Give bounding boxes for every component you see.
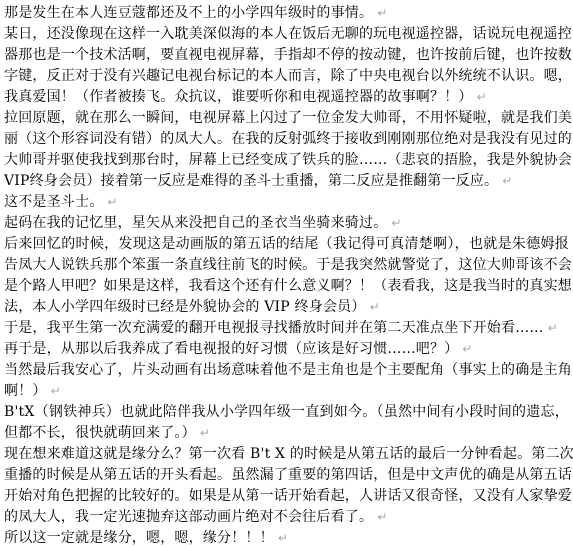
text-line[interactable]: 再于是，从那以后我养成了看电视报的好习惯（应该是好习惯……吧？）↵ xyxy=(4,339,569,360)
cropped-paragraph-mark-icon: ↵ xyxy=(286,0,298,4)
text-line[interactable]: 的凤大人，我一定光速抛弃这部动画片绝对不会往后看了。↵ xyxy=(4,507,569,528)
text-line-content: 的凤大人，我一定光速抛弃这部动画片绝对不会往后看了。 xyxy=(4,509,373,525)
text-line-content: 字键，反正对于没有兴趣记电视台标记的本人而言，除了中央电视台以外统统不认识。嗯， xyxy=(4,68,572,84)
text-line-content: 当然最后我安心了，片头动画有出场意味着他不是主角也是个主要配角（事实上的确是主角 xyxy=(4,362,572,378)
text-line-content: 现在想来难道这就是缘分么？第一次看 B't X 的时候是从第五话的最后一分钟看起… xyxy=(4,446,573,462)
text-line[interactable]: 开始对角色把握的比较好的。如果是从第一话开始看起，人讲话又很奇怪，又没有人家挚爱 xyxy=(4,486,569,507)
text-line[interactable]: 是个路人甲吧？如果是这样，我看这个还有什么意义啊？！（表看我，这是我当时的真实想 xyxy=(4,276,569,297)
text-line-content: 某日，还没像现在这样一入耽美深似海的本人在饭后无聊的玩电视遥控器，话说玩电视遥控 xyxy=(4,26,572,42)
text-line[interactable]: 啊！）↵ xyxy=(4,381,569,402)
text-line[interactable]: 那是发生在本人连豆蔻都还及不上的小学四年级时的事情。↵ xyxy=(4,3,569,24)
text-line-content: 啊！） xyxy=(4,383,47,399)
paragraph-mark-icon: ↵ xyxy=(391,216,401,230)
text-line-content: 那是发生在本人连豆蔻都还及不上的小学四年级时的事情。 xyxy=(4,5,373,21)
text-line[interactable]: 后来回忆的时候，发现这是动画版的第五话的结尾（我记得可真清楚啊），也就是朱德姆报 xyxy=(4,234,569,255)
text-line[interactable]: 拉回原题，就在那么一瞬间，电视屏幕上闪过了一位金发大帅哥，不用怀疑啦，就是我们美 xyxy=(4,108,569,129)
paragraph-mark-icon: ↵ xyxy=(107,195,117,209)
text-line[interactable]: 于是，我平生第一次充满爱的翻开电视报寻找播放时间并在第二天准点坐下开始看……↵ xyxy=(4,318,569,339)
text-line[interactable]: 起码在我的记忆里，星矢从来没把自己的圣衣当坐骑来骑过。↵ xyxy=(4,213,569,234)
document-page: ↵ 那是发生在本人连豆蔻都还及不上的小学四年级时的事情。↵某日，还没像现在这样一… xyxy=(0,0,573,547)
text-line[interactable]: 大帅哥并驱使我找到那台时，屏幕上已经变成了铁兵的脸……（悲哀的捂脸，我是外貌协会 xyxy=(4,150,569,171)
text-line[interactable]: 这不是圣斗士。↵ xyxy=(4,192,569,213)
text-line-content: B'tX（钢铁神兵）也就此陪伴我从小学四年级一直到如今。（虽然中间有小段时间的遗… xyxy=(4,404,569,420)
text-line-content: 我真爱国！（作者被揍飞。众抗议，谁要听你和电视遥控器的故事啊？！） xyxy=(4,89,473,105)
text-line-content: 重播的时候是从第五话的开头看起。虽然漏了重要的第四话，但是中文声优的确是从第五话 xyxy=(4,467,572,483)
paragraph-mark-icon: ↵ xyxy=(51,384,61,398)
text-line[interactable]: 重播的时候是从第五话的开头看起。虽然漏了重要的第四话，但是中文声优的确是从第五话 xyxy=(4,465,569,486)
document-body[interactable]: 那是发生在本人连豆蔻都还及不上的小学四年级时的事情。↵某日，还没像现在这样一入耽… xyxy=(4,3,569,547)
text-line[interactable]: B'tX（钢铁神兵）也就此陪伴我从小学四年级一直到如今。（虽然中间有小段时间的遗… xyxy=(4,402,569,423)
text-line-content: 后来回忆的时候，发现这是动画版的第五话的结尾（我记得可真清楚啊），也就是朱德姆报 xyxy=(4,236,569,252)
text-line-content: VIP终身会员）接着第一反应是难得的圣斗士重播，第二反应是推翻第一反应。 xyxy=(4,173,498,189)
text-line[interactable]: 字键，反正对于没有兴趣记电视台标记的本人而言，除了中央电视台以外统统不认识。嗯， xyxy=(4,66,569,87)
text-line[interactable]: 我真爱国！（作者被揍飞。众抗议，谁要听你和电视遥控器的故事啊？！）↵ xyxy=(4,87,569,108)
text-line[interactable]: 器那也是一个技术活啊，要直视电视屏幕，手指却不停的按动键，也许按前后键，也许按数 xyxy=(4,45,569,66)
text-line-content: 丽（这个形容词没有错）的凤大人。在我的反射弧终于接收到刚刚那位绝对是我没有见过的 xyxy=(4,131,572,147)
paragraph-mark-icon: ↵ xyxy=(462,342,472,356)
paragraph-mark-icon: ↵ xyxy=(377,510,387,524)
text-line-content: 拉回原题，就在那么一瞬间，电视屏幕上闪过了一位金发大帅哥，不用怀疑啦，就是我们美 xyxy=(4,110,572,126)
paragraph-mark-icon: ↵ xyxy=(477,90,487,104)
text-line-content: 这不是圣斗士。 xyxy=(4,194,103,210)
text-line[interactable]: VIP终身会员）接着第一反应是难得的圣斗士重播，第二反应是推翻第一反应。↵ xyxy=(4,171,569,192)
paragraph-mark-icon: ↵ xyxy=(502,174,512,188)
paragraph-mark-icon: ↵ xyxy=(278,531,288,545)
text-line-content: 起码在我的记忆里，星矢从来没把自己的圣衣当坐骑来骑过。 xyxy=(4,215,387,231)
text-line-content: 法，本人小学四年级时已经是外貌协会的 VIP 终身会员） xyxy=(4,299,366,315)
text-line-content: 于是，我平生第一次充满爱的翻开电视报寻找播放时间并在第二天准点坐下开始看…… xyxy=(4,320,544,336)
text-line[interactable]: 现在想来难道这就是缘分么？第一次看 B't X 的时候是从第五话的最后一分钟看起… xyxy=(4,444,569,465)
text-line[interactable]: 但都不长，很快就萌回来了。）↵ xyxy=(4,423,569,444)
text-line-content: 开始对角色把握的比较好的。如果是从第一话开始看起，人讲话又很奇怪，又没有人家挚爱 xyxy=(4,488,572,504)
paragraph-mark-icon: ↵ xyxy=(370,300,380,314)
text-line[interactable]: 告凤大人说铁兵那个笨蛋一条直线往前飞的时候。于是我突然就警觉了，这位大帅哥该不会 xyxy=(4,255,569,276)
paragraph-mark-icon: ↵ xyxy=(548,321,558,335)
text-line[interactable]: 所以这一定就是缘分，嗯，嗯，缘分！！！↵ xyxy=(4,528,569,547)
text-line-content: 器那也是一个技术活啊，要直视电视屏幕，手指却不停的按动键，也许按前后键，也许按数 xyxy=(4,47,572,63)
paragraph-mark-icon: ↵ xyxy=(377,6,387,20)
text-line-content: 大帅哥并驱使我找到那台时，屏幕上已经变成了铁兵的脸……（悲哀的捂脸，我是外貌协会 xyxy=(4,152,572,168)
text-line-content: 告凤大人说铁兵那个笨蛋一条直线往前飞的时候。于是我突然就警觉了，这位大帅哥该不会 xyxy=(4,257,572,273)
paragraph-mark-icon: ↵ xyxy=(200,426,210,440)
text-line-content: 是个路人甲吧？如果是这样，我看这个还有什么意义啊？！（表看我，这是我当时的真实想 xyxy=(4,278,572,294)
text-line-content: 再于是，从那以后我养成了看电视报的好习惯（应该是好习惯……吧？） xyxy=(4,341,458,357)
text-line[interactable]: 当然最后我安心了，片头动画有出场意味着他不是主角也是个主要配角（事实上的确是主角 xyxy=(4,360,569,381)
text-line[interactable]: 法，本人小学四年级时已经是外貌协会的 VIP 终身会员）↵ xyxy=(4,297,569,318)
text-line-content: 但都不长，很快就萌回来了。） xyxy=(4,425,196,441)
text-line[interactable]: 丽（这个形容词没有错）的凤大人。在我的反射弧终于接收到刚刚那位绝对是我没有见过的 xyxy=(4,129,569,150)
text-line-content: 所以这一定就是缘分，嗯，嗯，缘分！！！ xyxy=(4,530,274,546)
text-line[interactable]: 某日，还没像现在这样一入耽美深似海的本人在饭后无聊的玩电视遥控器，话说玩电视遥控 xyxy=(4,24,569,45)
